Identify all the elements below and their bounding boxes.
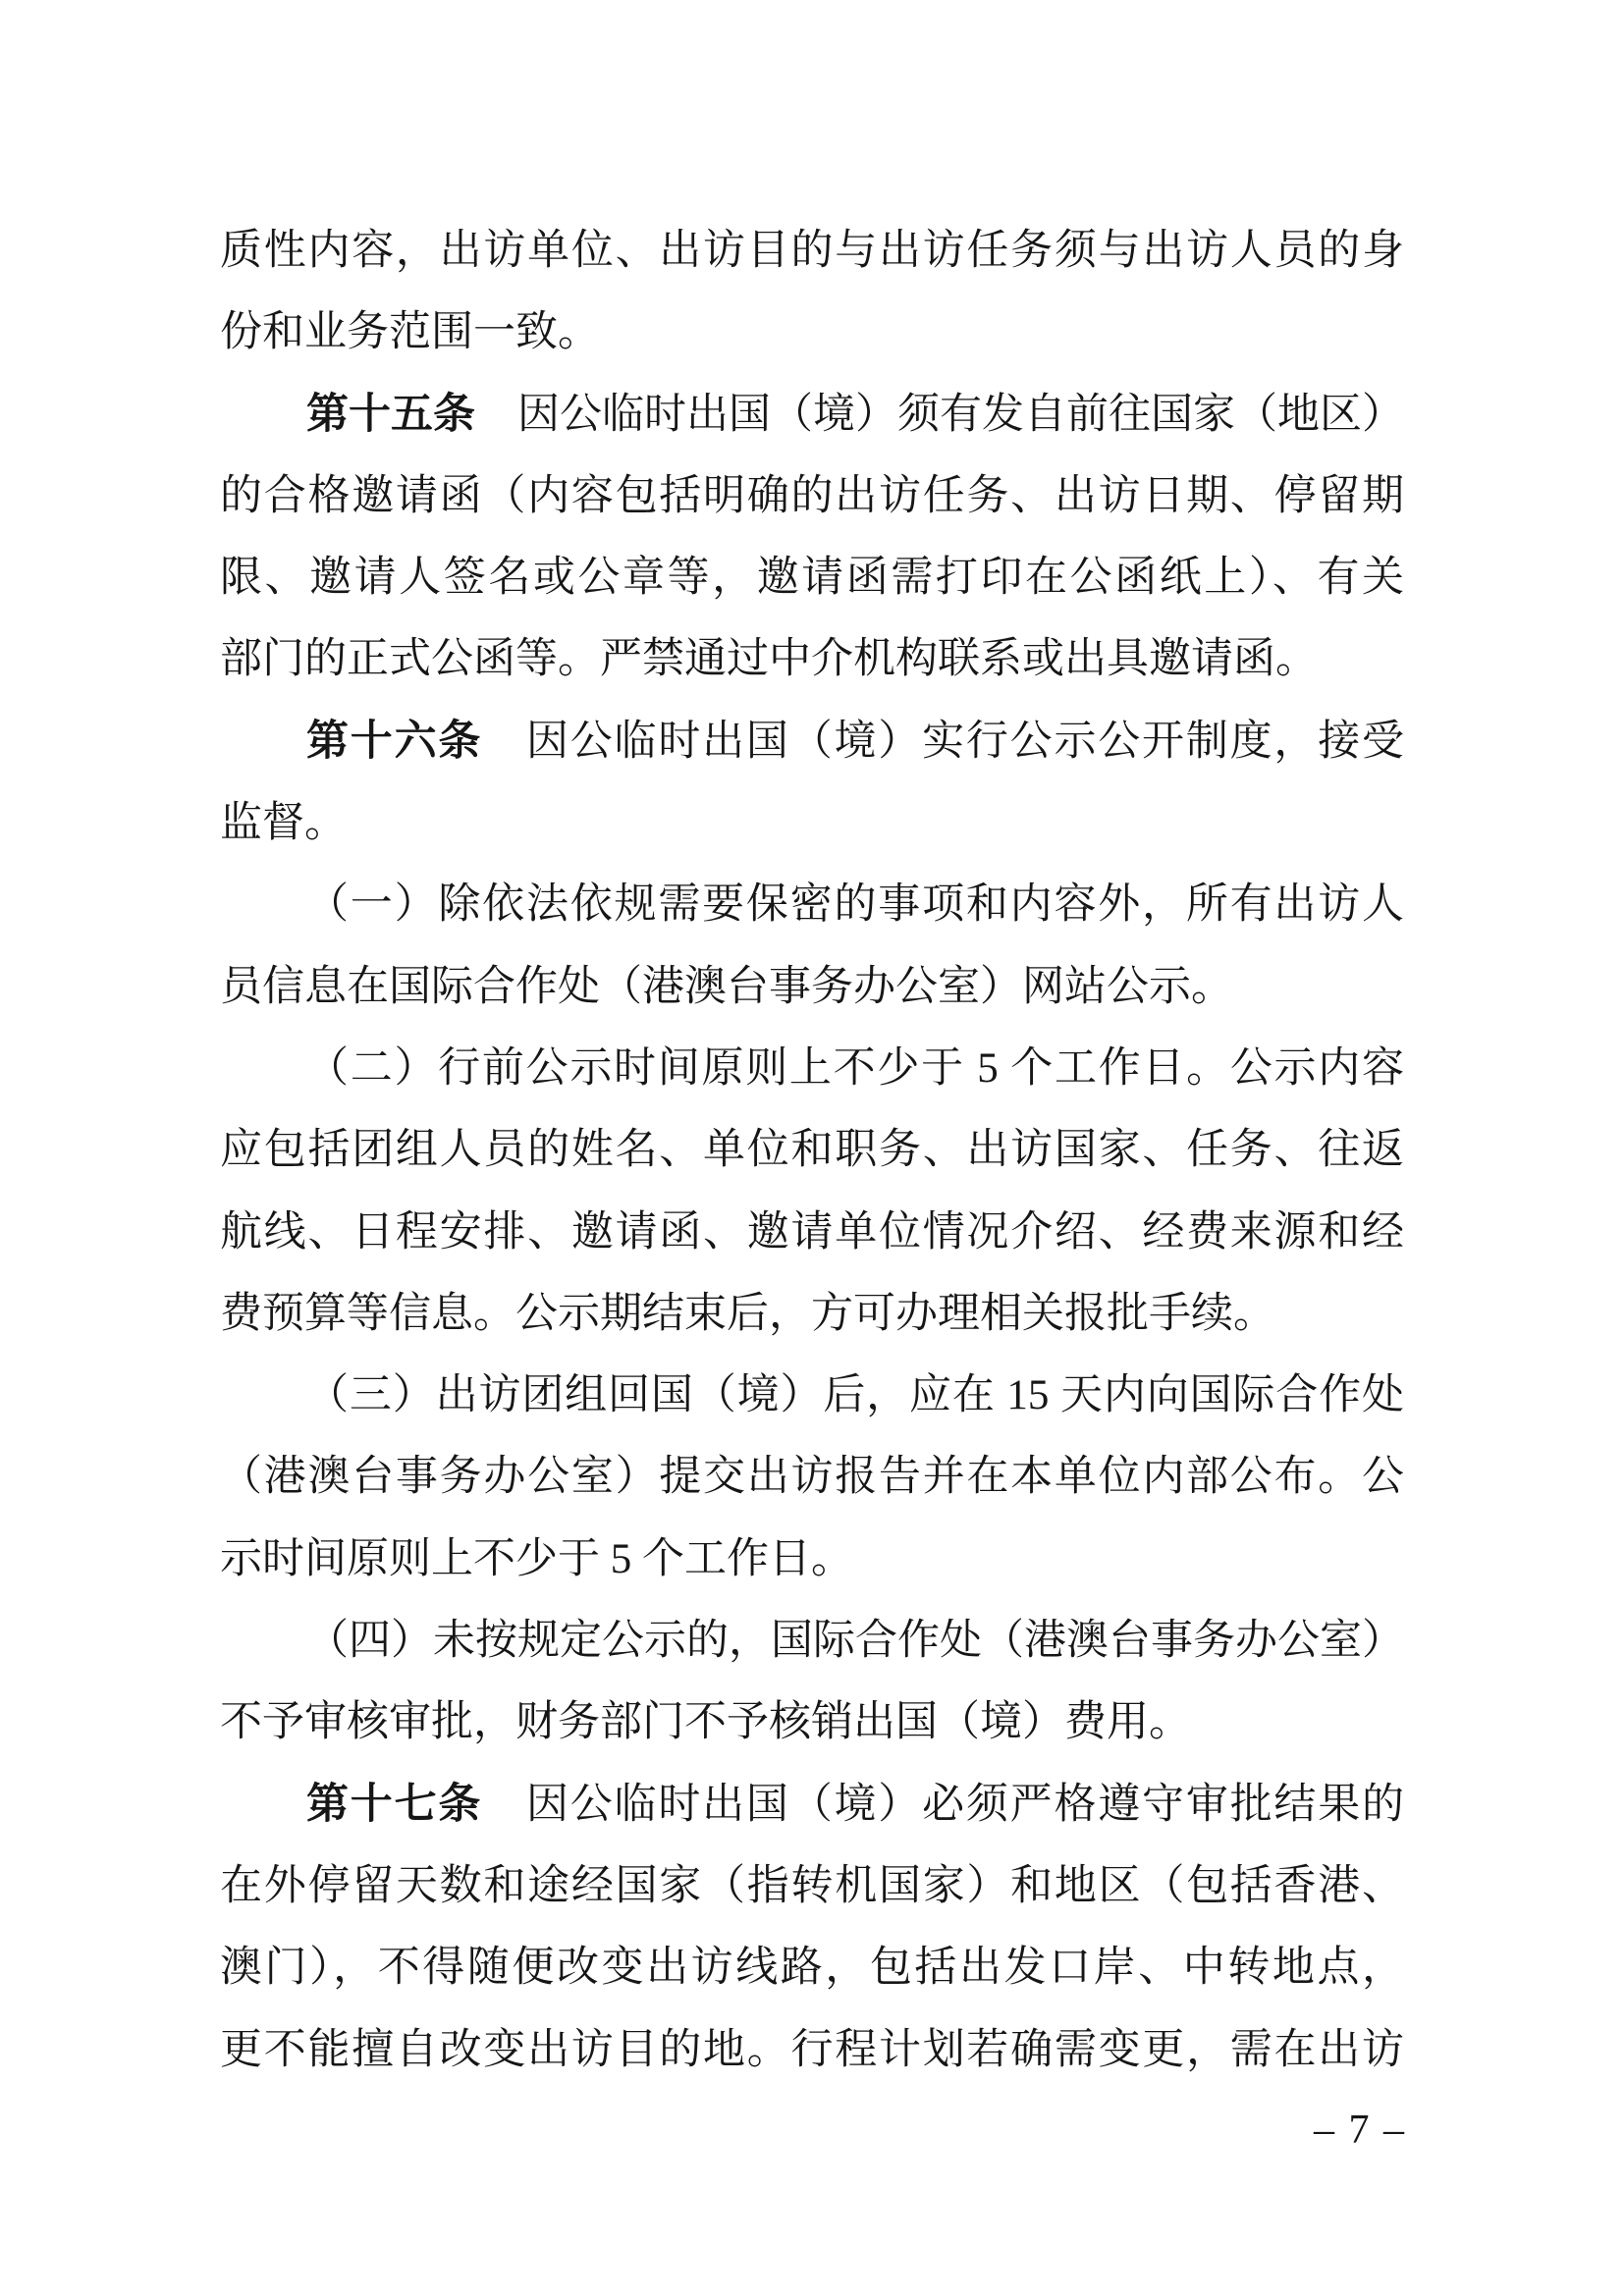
text-line: 示时间原则上不少于 5 个工作日。 [220, 1519, 1404, 1600]
line-text: 澳门），不得随便改变出访线路，包括出发口岸、中转地点， [220, 1945, 1404, 1991]
text-line: 监督。 [220, 782, 1404, 864]
text-line-item-4: （四）未按规定公示的，国际合作处（港澳台事务办公室） [220, 1600, 1404, 1682]
text-line: 员信息在国际合作处（港澳台事务办公室）网站公示。 [220, 946, 1404, 1028]
text-line: 澳门），不得随便改变出访线路，包括出发口岸、中转地点， [220, 1927, 1404, 2008]
line-text: 的合格邀请函（内容包括明确的出访任务、出访日期、停留期 [220, 473, 1404, 519]
line-text: （二）行前公示时间原则上不少于 5 个工作日。公示内容 [306, 1045, 1404, 1092]
text-line-item-3: （三）出访团组回国（境）后，应在 15 天内向国际合作处 [220, 1355, 1404, 1436]
text-line: 航线、日程安排、邀请函、邀请单位情况介绍、经费来源和经 [220, 1192, 1404, 1273]
page-number: – 7 – [1291, 2109, 1429, 2152]
line-text: （一）除依法依规需要保密的事项和内容外，所有出访人 [306, 881, 1404, 928]
text-line: 份和业务范围一致。 [220, 292, 1404, 373]
line-text: （四）未按规定公示的，国际合作处（港澳台事务办公室） [306, 1618, 1404, 1664]
line-text: （三）出访团组回国（境）后，应在 15 天内向国际合作处 [306, 1372, 1404, 1418]
text-line: 不予审核审批，财务部门不予核销出国（境）费用。 [220, 1682, 1404, 1763]
line-text: 因公临时出国（境）实行公示公开制度，接受 [482, 719, 1404, 765]
line-text: 员信息在国际合作处（港澳台事务办公室）网站公示。 [220, 964, 1233, 1010]
text-line: 应包括团组人员的姓名、单位和职务、出访国家、任务、往返 [220, 1109, 1404, 1191]
text-line: 费预算等信息。公示期结束后，方可办理相关报批手续。 [220, 1273, 1404, 1355]
text-line-item-2: （二）行前公示时间原则上不少于 5 个工作日。公示内容 [220, 1028, 1404, 1109]
line-text: 质性内容，出访单位、出访目的与出访任务须与出访人员的身 [220, 228, 1404, 274]
line-text: 应包括团组人员的姓名、单位和职务、出访国家、任务、往返 [220, 1127, 1404, 1173]
line-text: （港澳台事务办公室）提交出访报告并在本单位内部公布。公 [220, 1454, 1404, 1500]
article-heading: 第十七条 [306, 1782, 482, 1828]
article-heading: 第十五条 [306, 392, 475, 438]
document-text-block: 质性内容，出访单位、出访目的与出访任务须与出访人员的身 份和业务范围一致。 第十… [220, 210, 1404, 2091]
article-heading: 第十六条 [306, 719, 482, 765]
text-line: 部门的正式公函等。严禁通过中介机构联系或出具邀请函。 [220, 618, 1404, 700]
line-text: 更不能擅自改变出访目的地。行程计划若确需变更，需在出访 [220, 2027, 1404, 2073]
line-text: 航线、日程安排、邀请函、邀请单位情况介绍、经费来源和经 [220, 1209, 1404, 1255]
text-line: 更不能擅自改变出访目的地。行程计划若确需变更，需在出访 [220, 2009, 1404, 2091]
text-line: 质性内容，出访单位、出访目的与出访任务须与出访人员的身 [220, 210, 1404, 292]
line-text: 份和业务范围一致。 [220, 309, 600, 355]
line-text: 因公临时出国（境）必须严格遵守审批结果的 [482, 1782, 1404, 1828]
text-line: 限、邀请人签名或公章等，邀请函需打印在公函纸上）、有关 [220, 537, 1404, 618]
line-text: 部门的正式公函等。严禁通过中介机构联系或出具邀请函。 [220, 636, 1318, 682]
text-line-item-1: （一）除依法依规需要保密的事项和内容外，所有出访人 [220, 864, 1404, 945]
text-line: 的合格邀请函（内容包括明确的出访任务、出访日期、停留期 [220, 455, 1404, 537]
line-text: 费预算等信息。公示期结束后，方可办理相关报批手续。 [220, 1291, 1275, 1337]
text-line-article-15: 第十五条 因公临时出国（境）须有发自前往国家（地区） [220, 374, 1404, 455]
text-line: 在外停留天数和途经国家（指转机国家）和地区（包括香港、 [220, 1845, 1404, 1927]
text-line: （港澳台事务办公室）提交出访报告并在本单位内部公布。公 [220, 1436, 1404, 1518]
text-line-article-17: 第十七条 因公临时出国（境）必须严格遵守审批结果的 [220, 1764, 1404, 1845]
line-text: 因公临时出国（境）须有发自前往国家（地区） [475, 392, 1404, 438]
line-text: 在外停留天数和途经国家（指转机国家）和地区（包括香港、 [220, 1863, 1404, 1909]
line-text: 监督。 [220, 800, 347, 846]
text-line-article-16: 第十六条 因公临时出国（境）实行公示公开制度，接受 [220, 701, 1404, 782]
line-text: 限、邀请人签名或公章等，邀请函需打印在公函纸上）、有关 [220, 555, 1404, 601]
document-page: 质性内容，出访单位、出访目的与出访任务须与出访人员的身 份和业务范围一致。 第十… [0, 0, 1624, 2296]
line-text: 不予审核审批，财务部门不予核销出国（境）费用。 [220, 1699, 1191, 1745]
line-text: 示时间原则上不少于 5 个工作日。 [220, 1536, 853, 1582]
